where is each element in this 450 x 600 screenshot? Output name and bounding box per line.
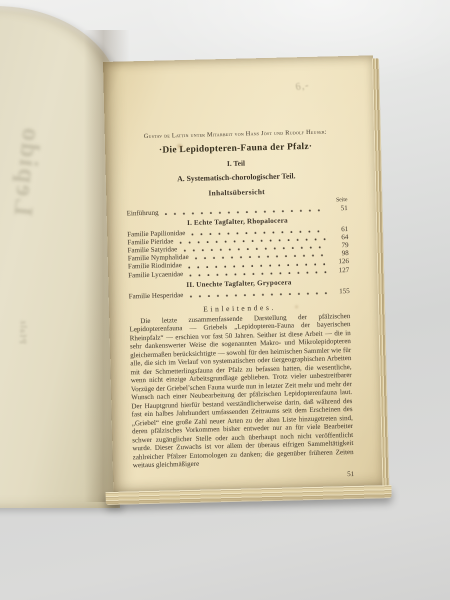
section-heading: A. Systematisch-chorologischer Teil.	[126, 170, 347, 184]
author-line: Gustav de Lattin unter Mitarbeit von Han…	[125, 128, 346, 140]
foxing-spot	[136, 329, 139, 332]
toc-entry-label: Einführung	[127, 209, 159, 218]
cover-showthrough-text-small: Pfalz	[18, 254, 33, 344]
toc-entry-page: 127	[332, 266, 349, 275]
page-content: 6,- Gustav de Lattin unter Mitarbeit von…	[103, 55, 383, 491]
toc-entry-page: 155	[333, 287, 350, 296]
part-heading: I. Teil	[125, 156, 346, 170]
dot-leader	[165, 209, 326, 216]
toc-entry-label: Familie Lycaenidae	[128, 270, 183, 279]
dot-leader	[189, 270, 327, 276]
dot-leader	[189, 291, 327, 297]
page-number: 51	[133, 470, 354, 483]
book-title: ·Die Lepidopteren-Fauna der Pfalz·	[125, 141, 346, 156]
book-page-recto: 6,- Gustav de Lattin unter Mitarbeit von…	[103, 55, 383, 491]
table-of-contents: Einführung 51 I. Echte Tagfalter, Rhopal…	[127, 204, 350, 300]
toc-entry-label: Familie Hesperidae	[129, 291, 184, 300]
foxing-spot	[295, 305, 298, 308]
cover-showthrough-text: Lepido	[4, 95, 50, 247]
pencil-price-note: 6,-	[295, 80, 311, 93]
intro-paragraph: Die letzte zusammenfassende Darstellung …	[129, 312, 354, 470]
toc-entry-page: 51	[331, 204, 348, 213]
